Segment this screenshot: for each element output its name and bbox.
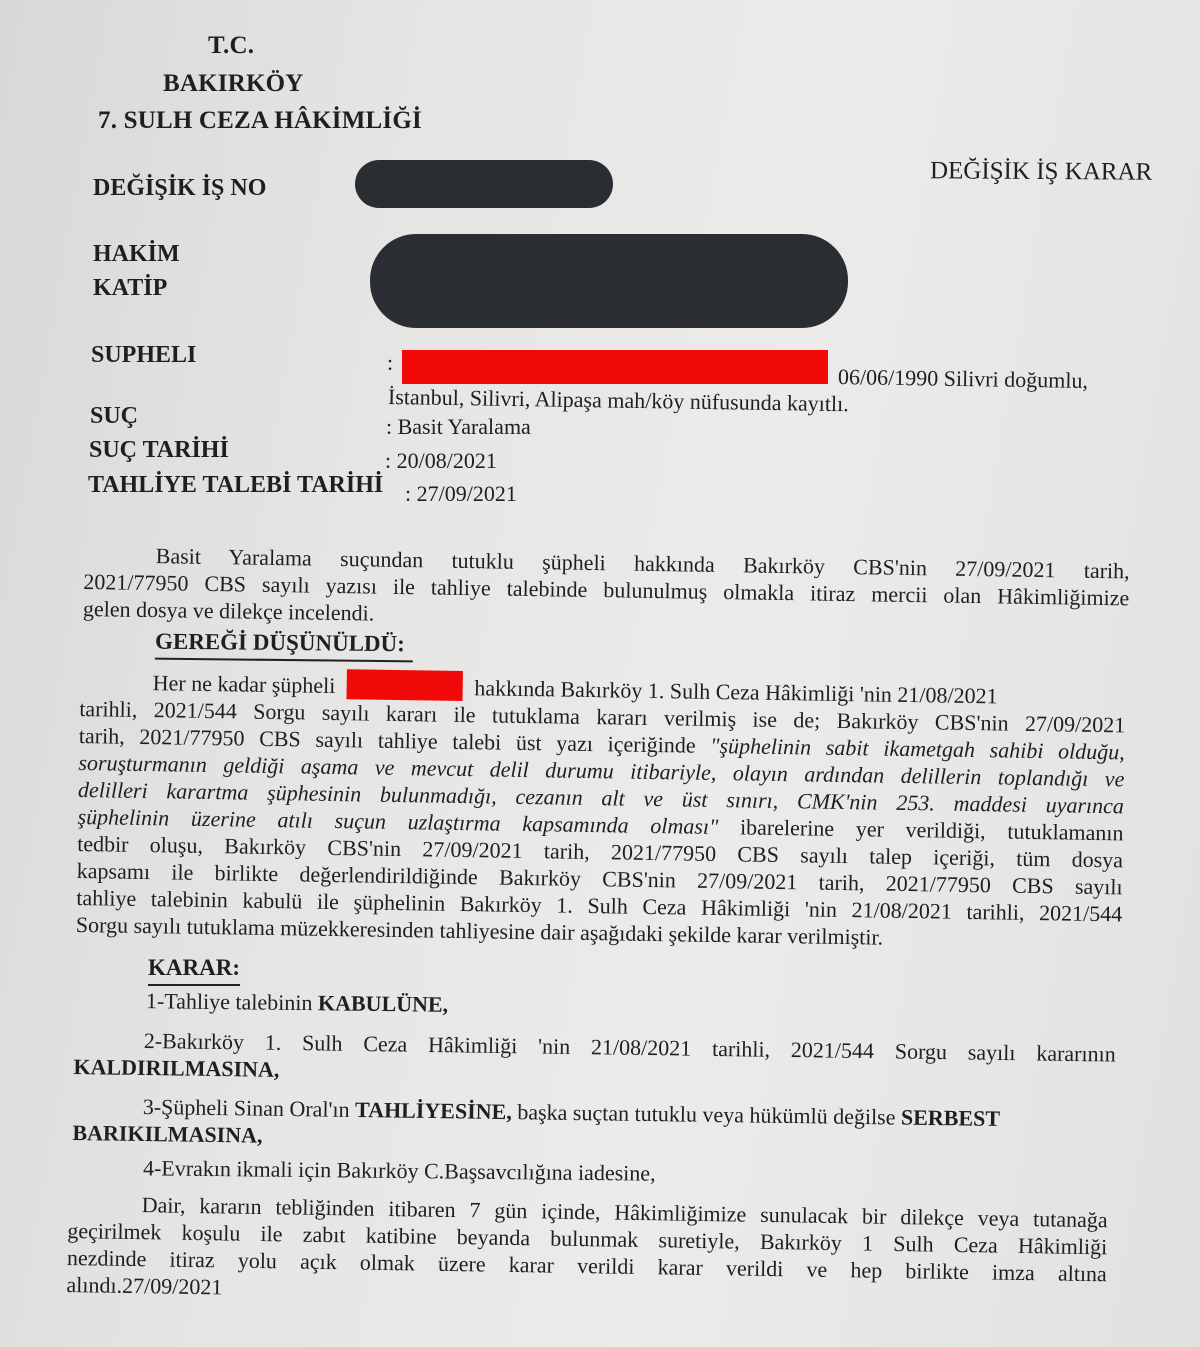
header-bakirkoy: BAKIRKÖY (163, 70, 304, 98)
karar-item-3: 3-Şüpheli Sinan Oral'ın TAHLİYESİNE, baş… (72, 1092, 1113, 1161)
karar-item-1: 1-Tahliye talebinin KABULÜNE, (146, 988, 448, 1018)
reasoning-paragraph: Her ne kadar şüpheli hakkında Bakırköy 1… (76, 665, 1126, 954)
reasoning-text: Her ne kadar şüpheli (153, 670, 336, 698)
karar-item-text: 3-Şüpheli Sinan Oral'ın (143, 1094, 356, 1122)
suc-tarihi-label: SUÇ TARİHİ (89, 437, 229, 464)
karar-item-emphasis: SERBEST (901, 1105, 1000, 1131)
suc-tarihi-value: : 20/08/2021 (385, 448, 497, 474)
tahliye-talebi-tarihi-label: TAHLİYE TALEBİ TARİHİ (88, 472, 383, 499)
karar-item-emphasis: TAHLİYESİNE, (355, 1097, 512, 1124)
court-decision-document: T.C. BAKIRKÖY 7. SULH CEZA HÂKİMLİĞİ DEĞ… (0, 0, 1200, 1347)
supheli-colon: : (387, 350, 393, 376)
karar-item-2: 2-Bakırköy 1. Sulh Ceza Hâkimliği 'nin 2… (73, 1026, 1116, 1095)
supheli-birth-info: 06/06/1990 Silivri doğumlu, (838, 364, 1088, 394)
suc-value: : Basit Yaralama (386, 414, 531, 440)
suc-label: SUÇ (90, 403, 138, 430)
katip-label: KATİP (93, 275, 167, 302)
karar-item-emphasis: KABULÜNE, (318, 990, 448, 1017)
redacted-judge-clerk-names (370, 234, 848, 328)
header-court-name: 7. SULH CEZA HÂKİMLİĞİ (98, 107, 422, 135)
redacted-case-number (355, 160, 613, 208)
supheli-label: SUPHELI (91, 342, 196, 369)
karar-item-text: başka suçtan tutuklu veya hükümlü değils… (512, 1099, 902, 1129)
karar-item-text: 1-Tahliye talebinin (146, 988, 318, 1015)
karar-item-4: 4-Evrakın ikmali için Bakırköy C.Başsavc… (143, 1155, 656, 1186)
redacted-suspect-name-inline (347, 669, 463, 701)
redacted-suspect-name (402, 350, 828, 384)
supheli-registry-info: İstanbul, Silivri, Alipaşa mah/köy nüfus… (388, 384, 849, 417)
hakim-label: HAKİM (93, 241, 180, 268)
geregi-dusunuldu-heading: GEREĞİ DÜŞÜNÜLDÜ: (155, 629, 413, 663)
document-type: DEĞİŞİK İŞ KARAR (930, 157, 1152, 187)
closing-paragraph: Dair, kararın tebliğinden itibaren 7 gün… (66, 1190, 1108, 1314)
intro-paragraph: Basit Yaralama suçundan tutuklu şüpheli … (83, 541, 1130, 638)
tahliye-talebi-tarihi-value: : 27/09/2021 (405, 481, 517, 507)
header-tc: T.C. (208, 32, 254, 60)
degisik-is-no-label: DEĞİŞİK İŞ NO (93, 175, 266, 202)
karar-heading: KARAR: (148, 955, 240, 986)
